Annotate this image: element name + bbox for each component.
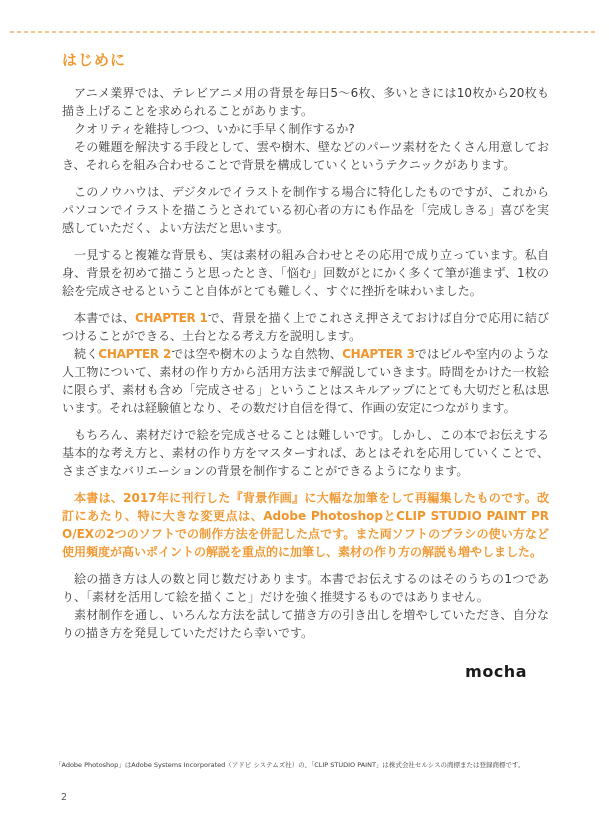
paragraph: このノウハウは、デジタルでイラストを制作する場合に特化したものですが、これからパ… bbox=[62, 183, 549, 237]
text-segment: 本書では、 bbox=[74, 311, 135, 325]
paragraph: 絵の描き方は人の数と同じ数だけあります。本書でお伝えするのはそのうちの1つであり… bbox=[62, 570, 549, 606]
paragraph: アニメ業界では、テレビアニメ用の背景を毎日5〜6枚、多いときには10枚から20枚… bbox=[62, 84, 549, 120]
author-signature: mocha bbox=[62, 662, 549, 681]
paragraph: もちろん、素材だけで絵を完成させることは難しいです。しかし、この本でお伝えする基… bbox=[62, 426, 549, 480]
text-segment: 一見すると複雑な背景も、実は素材の組み合わせとその応用で成り立っています。私自身… bbox=[62, 248, 549, 298]
paragraph-group: 本書は、2017年に刊行した『背景作画』に大幅な加筆をして再編集したものです。改… bbox=[62, 489, 549, 561]
text-segment: アニメ業界では、テレビアニメ用の背景を毎日5〜6枚、多いときには10枚から20枚… bbox=[62, 86, 549, 118]
paragraph: その難題を解決する手段として、雲や樹木、壁などのパーツ素材をたくさん用意しておき… bbox=[62, 138, 549, 174]
paragraph-group: アニメ業界では、テレビアニメ用の背景を毎日5〜6枚、多いときには10枚から20枚… bbox=[62, 84, 549, 174]
text-segment: では空や樹木のような自然物、 bbox=[171, 347, 342, 361]
paragraph-group: このノウハウは、デジタルでイラストを制作する場合に特化したものですが、これからパ… bbox=[62, 183, 549, 237]
paragraph-group: もちろん、素材だけで絵を完成させることは難しいです。しかし、この本でお伝えする基… bbox=[62, 426, 549, 480]
text-segment: 本書は、2017年に刊行した『背景作画』に大幅な加筆をして再編集したものです。改… bbox=[62, 491, 549, 559]
paragraph-group: 絵の描き方は人の数と同じ数だけあります。本書でお伝えするのはそのうちの1つであり… bbox=[62, 570, 549, 642]
text-segment: もちろん、素材だけで絵を完成させることは難しいです。しかし、この本でお伝えする基… bbox=[62, 428, 549, 478]
body-text: アニメ業界では、テレビアニメ用の背景を毎日5〜6枚、多いときには10枚から20枚… bbox=[62, 84, 549, 642]
text-segment: 続く bbox=[74, 347, 98, 361]
paragraph: 続くCHAPTER 2では空や樹木のような自然物、CHAPTER 3ではビルや室… bbox=[62, 345, 549, 417]
book-page: はじめに アニメ業界では、テレビアニメ用の背景を毎日5〜6枚、多いときには10枚… bbox=[0, 0, 609, 829]
page-content: はじめに アニメ業界では、テレビアニメ用の背景を毎日5〜6枚、多いときには10枚… bbox=[62, 50, 549, 681]
accent-paragraph: 本書は、2017年に刊行した『背景作画』に大幅な加筆をして再編集したものです。改… bbox=[62, 489, 549, 561]
chapter-label: CHAPTER 3 bbox=[342, 347, 415, 361]
text-segment: このノウハウは、デジタルでイラストを制作する場合に特化したものですが、これからパ… bbox=[62, 185, 549, 235]
text-segment: 絵の描き方は人の数と同じ数だけあります。本書でお伝えするのはそのうちの1つであり… bbox=[62, 572, 549, 604]
top-dotted-rule bbox=[10, 31, 598, 33]
chapter-label: CHAPTER 2 bbox=[98, 347, 171, 361]
paragraph: 一見すると複雑な背景も、実は素材の組み合わせとその応用で成り立っています。私自身… bbox=[62, 246, 549, 300]
page-number: 2 bbox=[61, 792, 67, 803]
paragraph: 素材制作を通し、いろんな方法を試して描き方の引き出しを増やしていただき、自分なり… bbox=[62, 606, 549, 642]
paragraph-group: 本書では、CHAPTER 1で、背景を描く上でこれさえ押さえておけば自分で応用に… bbox=[62, 309, 549, 417]
page-title: はじめに bbox=[62, 50, 549, 70]
text-segment: その難題を解決する手段として、雲や樹木、壁などのパーツ素材をたくさん用意しておき… bbox=[62, 140, 549, 172]
paragraph: 本書では、CHAPTER 1で、背景を描く上でこれさえ押さえておけば自分で応用に… bbox=[62, 309, 549, 345]
text-segment: クオリティを維持しつつ、いかに手早く制作するか? bbox=[74, 122, 355, 136]
chapter-label: CHAPTER 1 bbox=[135, 311, 208, 325]
text-segment: 素材制作を通し、いろんな方法を試して描き方の引き出しを増やしていただき、自分なり… bbox=[62, 608, 549, 640]
paragraph: クオリティを維持しつつ、いかに手早く制作するか? bbox=[62, 120, 549, 138]
paragraph-group: 一見すると複雑な背景も、実は素材の組み合わせとその応用で成り立っています。私自身… bbox=[62, 246, 549, 300]
trademark-note: 「Adobe Photoshop」はAdobe Systems Incorpor… bbox=[55, 760, 589, 769]
